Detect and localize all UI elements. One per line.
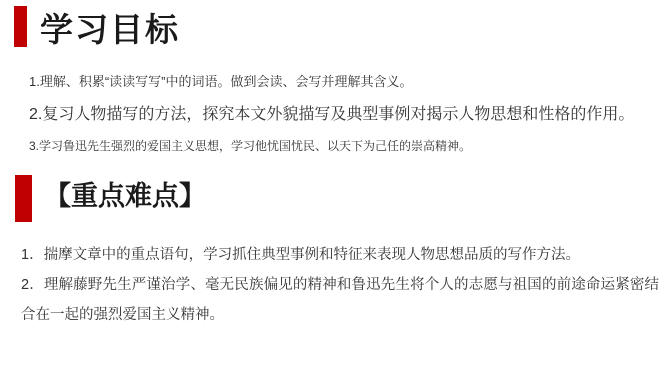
- objective-item-1: 1.理解、积累“读读写写”中的词语。做到会读、会写并理解其含义。: [29, 64, 663, 97]
- accent-bar: [15, 175, 32, 222]
- objective-item-2: 2.复习人物描写的方法，探究本文外貌描写及典型事例对揭示人物思想和性格的作用。: [29, 97, 663, 130]
- accent-bar: [14, 6, 27, 47]
- section-title-learning-objectives: 学习目标: [40, 12, 180, 48]
- key-points-list: 1．揣摩文章中的重点语句，学习抓住典型事例和特征来表现人物思想品质的写作方法。 …: [21, 240, 659, 330]
- presentation-slide: 学习目标 1.理解、积累“读读写写”中的词语。做到会读、会写并理解其含义。 2.…: [0, 0, 668, 376]
- section-title-key-points: 【重点难点】: [44, 180, 206, 212]
- key-point-item-2: 2．理解藤野先生严谨治学、毫无民族偏见的精神和鲁迅先生将个人的志愿与祖国的前途命…: [21, 270, 659, 330]
- objective-item-3: 3.学习鲁迅先生强烈的爱国主义思想，学习他忧国忧民、以天下为己任的崇高精神。: [29, 129, 663, 162]
- learning-objectives-list: 1.理解、积累“读读写写”中的词语。做到会读、会写并理解其含义。 2.复习人物描…: [29, 64, 663, 162]
- key-point-item-1: 1．揣摩文章中的重点语句，学习抓住典型事例和特征来表现人物思想品质的写作方法。: [21, 240, 659, 270]
